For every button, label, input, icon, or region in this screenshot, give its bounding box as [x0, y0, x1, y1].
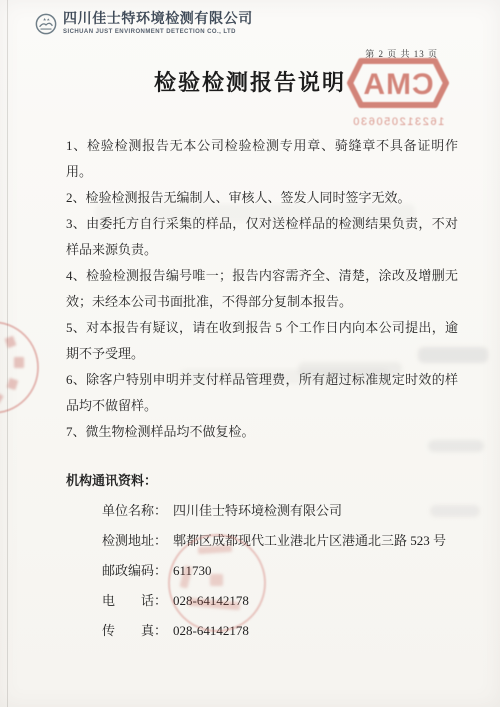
left-edge-seal-bleed [0, 321, 39, 414]
document-title: 检验检测报告说明 [0, 66, 500, 97]
contact-row-phone: 电 话：028-64142178 [102, 586, 458, 616]
contact-value: 四川佳士特环境检测有限公司 [173, 503, 342, 518]
seal-smudge [7, 378, 19, 390]
ink-bleed-smudge [418, 347, 488, 363]
ink-bleed-smudge [95, 204, 415, 222]
contact-rows: 单位名称：四川佳士特环境检测有限公司 检测地址：郫都区成都现代工业港北片区港通北… [102, 496, 458, 646]
contact-section-heading: 机构通讯资料： [66, 468, 458, 494]
contact-label: 邮政编码： [102, 563, 167, 578]
contact-row-company: 单位名称：四川佳士特环境检测有限公司 [102, 496, 458, 526]
note-item-4: 4、检验检测报告编号唯一；报告内容需齐全、清楚，涂改及增删无效；未经本公司书面批… [66, 263, 458, 315]
seal-smudge [188, 598, 240, 611]
company-header: 四川佳士特环境检测有限公司 SICHUAN JUST ENVIRONMENT D… [35, 12, 253, 35]
cma-certificate-number: 162312050630 [344, 116, 452, 128]
contact-row-address: 检测地址：郫都区成都现代工业港北片区港通北三路 523 号 [102, 526, 458, 556]
contact-row-fax: 传 真：028-64142178 [102, 616, 458, 646]
seal-smudge [179, 565, 192, 588]
ink-bleed-smudge [428, 440, 484, 452]
seal-smudge [198, 545, 232, 554]
note-item-7: 7、微生物检测样品均不做复检。 [66, 419, 458, 445]
contact-label: 电 话： [102, 593, 167, 608]
seal-smudge [210, 574, 223, 586]
ink-bleed-smudge [430, 505, 480, 517]
company-name-en: SICHUAN JUST ENVIRONMENT DETECTION CO., … [63, 29, 253, 35]
contact-row-postcode: 邮政编码：611730 [102, 556, 458, 586]
scanned-report-page: 四川佳士特环境检测有限公司 SICHUAN JUST ENVIRONMENT D… [0, 0, 500, 707]
ink-bleed-smudge [180, 369, 390, 384]
note-item-5: 5、对本报告有疑议，请在收到报告 5 个工作日内向本公司提出，逾期不予受理。 [66, 315, 458, 367]
seal-smudge [14, 357, 24, 368]
contact-label: 检测地址： [102, 533, 167, 548]
contact-label: 传 真： [102, 623, 167, 638]
round-seal-bleed [168, 534, 266, 632]
note-item-1: 1、检验检测报告无本公司检验检测专用章、骑缝章不具备证明作用。 [66, 133, 458, 185]
seal-smudge [5, 336, 17, 348]
company-logo-icon [35, 13, 57, 35]
company-names: 四川佳士特环境检测有限公司 SICHUAN JUST ENVIRONMENT D… [63, 12, 253, 35]
company-name-zh: 四川佳士特环境检测有限公司 [63, 12, 253, 27]
seal-smudge [0, 391, 4, 404]
contact-label: 单位名称： [102, 503, 167, 518]
